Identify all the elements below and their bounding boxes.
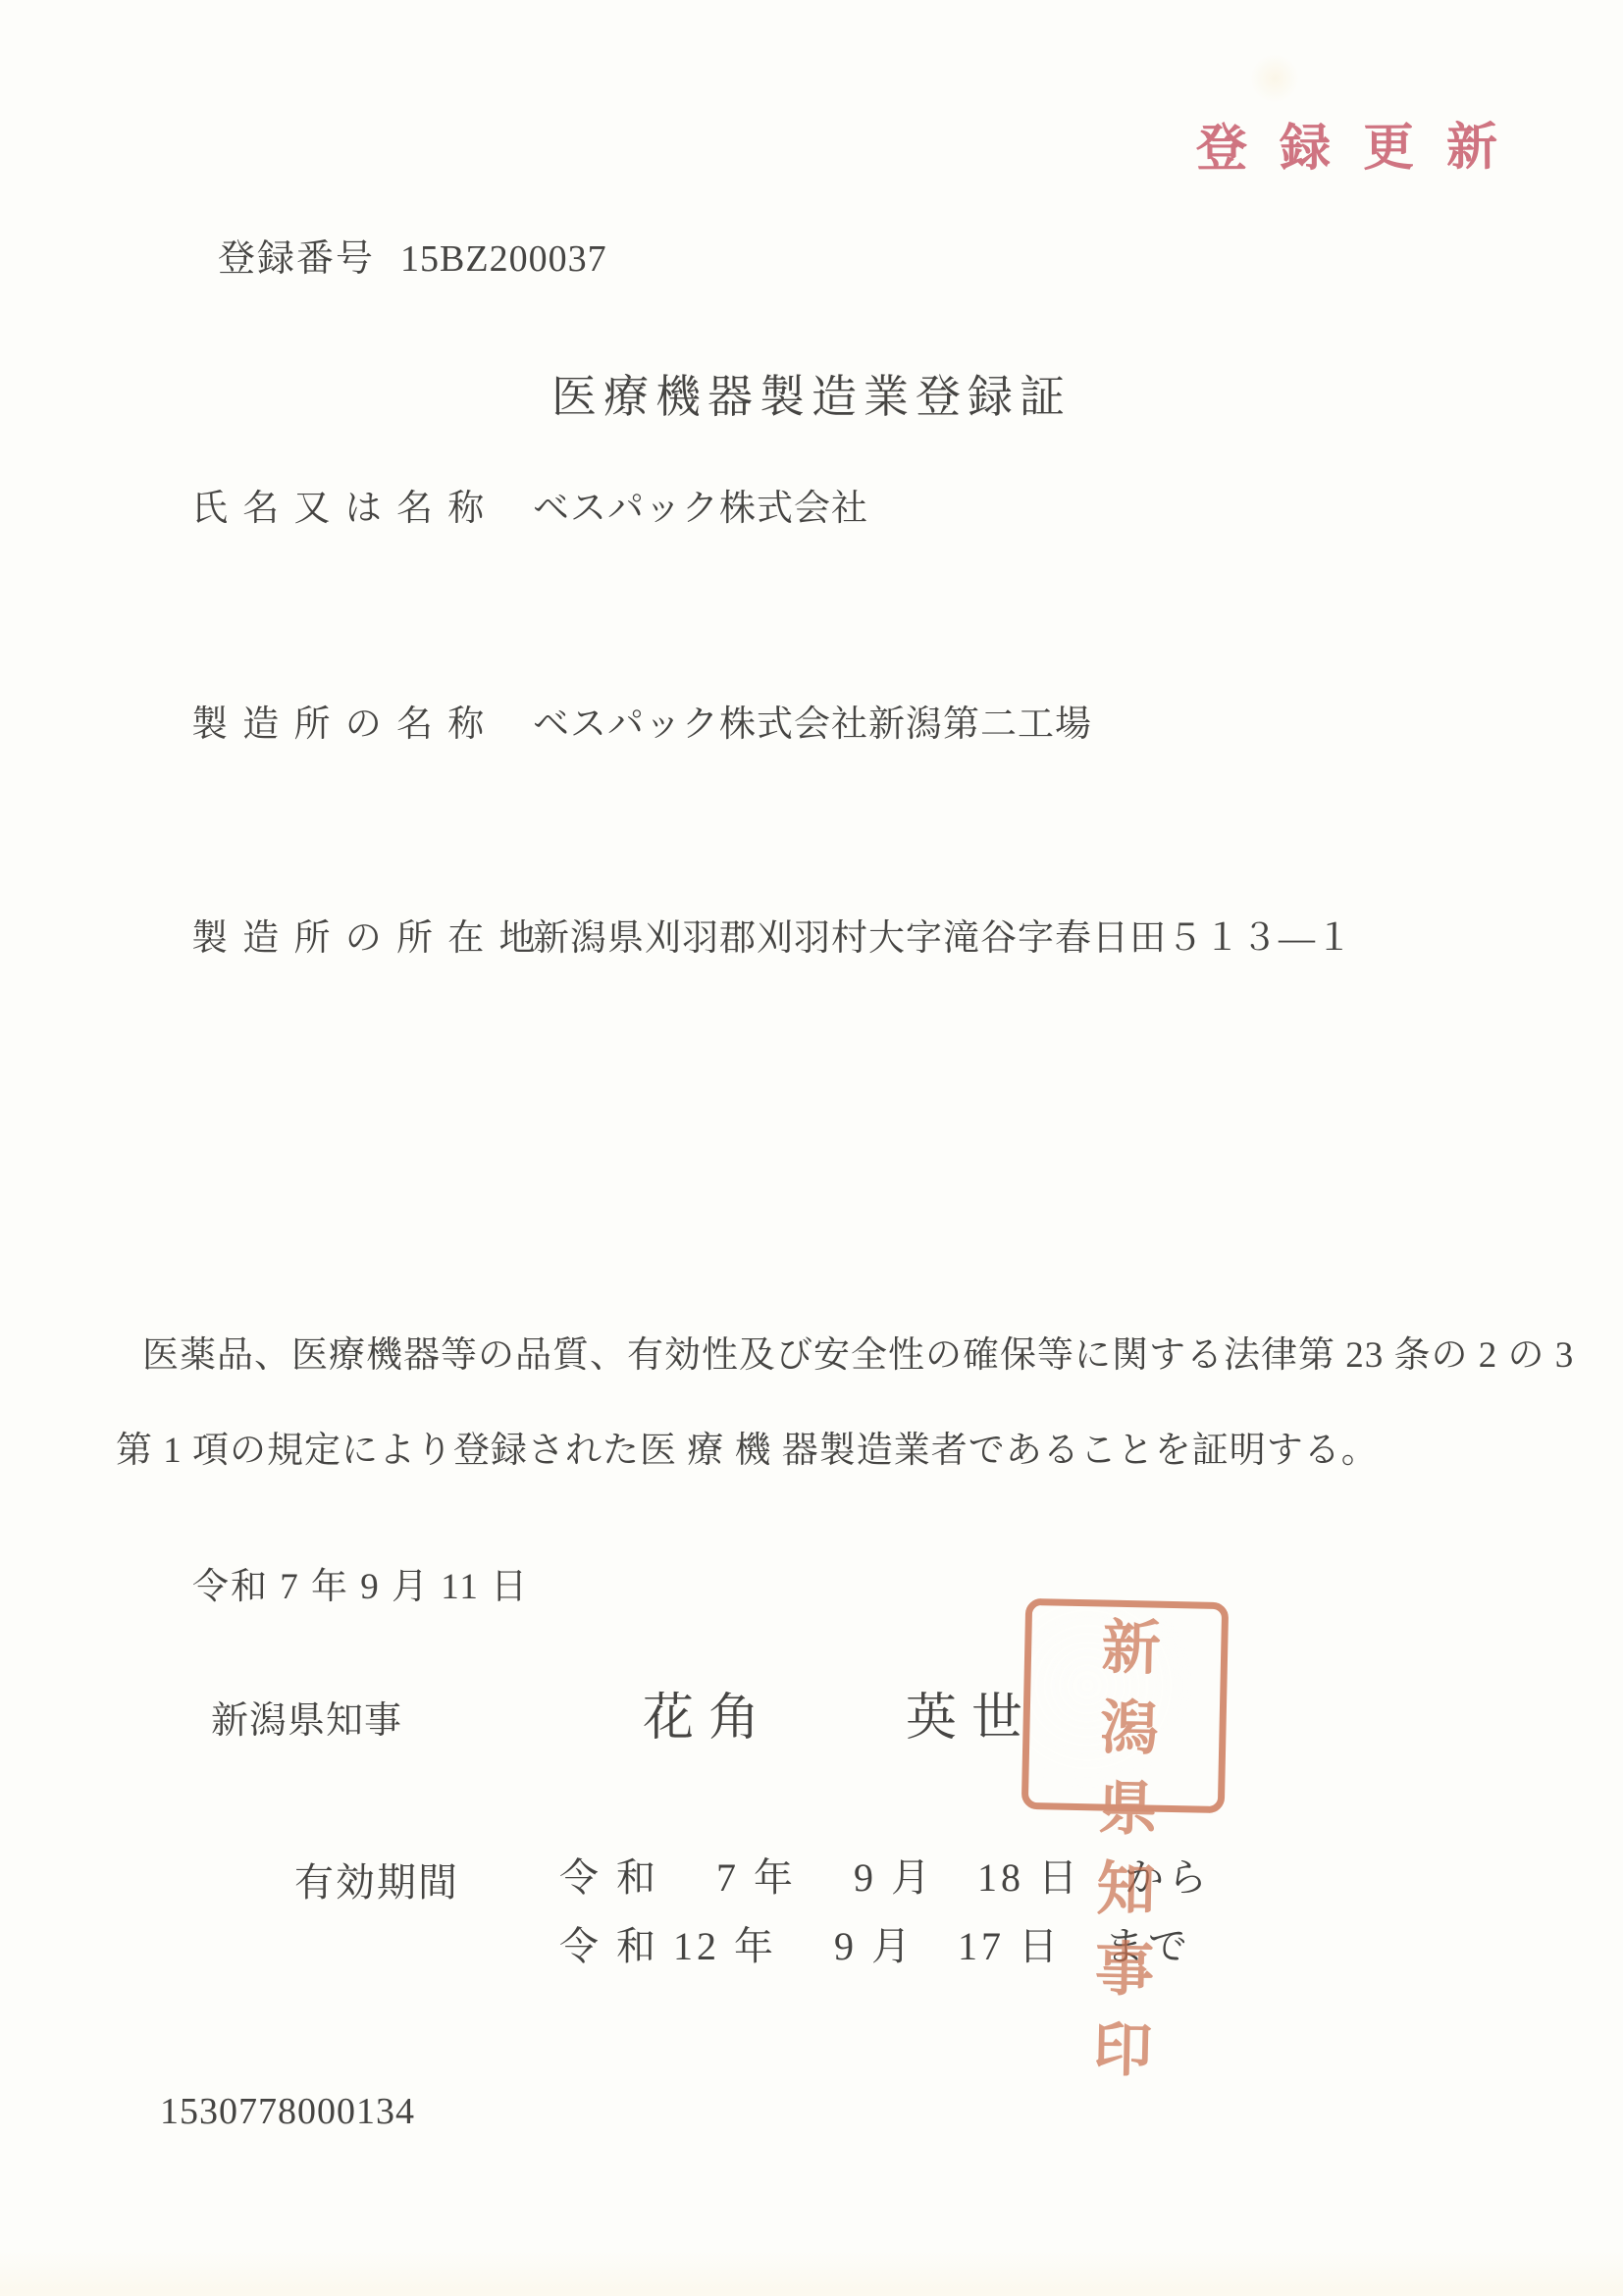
registration-renewal-stamp: 登 録 更 新 (1196, 105, 1507, 181)
factory-name-field-value: ベスパック株式会社新潟第二工場 (533, 694, 1092, 747)
factory-name-field-label: 製 造 所 の 名 称 (191, 694, 487, 747)
registration-number-label: 登録番号 (218, 238, 375, 280)
certificate-title: 医療機器製造業登録証 (0, 361, 1623, 426)
official-seal-text: 新潟県知事印 (1091, 1609, 1158, 1802)
scan-smudge (1250, 54, 1299, 103)
issue-date: 令和 7 年 9 月 11 日 (192, 1556, 529, 1609)
official-seal: 新潟県知事印 (1021, 1598, 1229, 1813)
factory-address-field-label: 製 造 所 の 所 在 地 (191, 908, 539, 961)
validity-period-label: 有効期間 (294, 1852, 459, 1907)
certification-statement-line2: 第 1 項の規定により登録された医 療 機 器製造業者であることを証明する。 (116, 1420, 1379, 1473)
certificate-page: 登 録 更 新 登録番号15BZ200037 医療機器製造業登録証 氏 名 又 … (0, 0, 1623, 2296)
scan-edge-artifact (0, 2251, 1623, 2296)
registration-number-line: 登録番号15BZ200037 (218, 228, 607, 282)
registration-number-value: 15BZ200037 (400, 238, 607, 280)
certification-statement-line1: 医薬品、医療機器等の品質、有効性及び安全性の確保等に関する法律第 23 条の 2… (142, 1325, 1574, 1378)
name-field-label: 氏 名 又 は 名 称 (191, 478, 487, 531)
issuer-title: 新潟県知事 (211, 1690, 402, 1744)
name-field-value: ベスパック株式会社 (533, 478, 868, 531)
document-number: 1530778000134 (160, 2090, 415, 2133)
governor-name: 花角 英世 (643, 1676, 1037, 1749)
factory-address-field-value: 新潟県刈羽郡刈羽村大字滝谷字春日田５１３―１ (533, 908, 1353, 961)
